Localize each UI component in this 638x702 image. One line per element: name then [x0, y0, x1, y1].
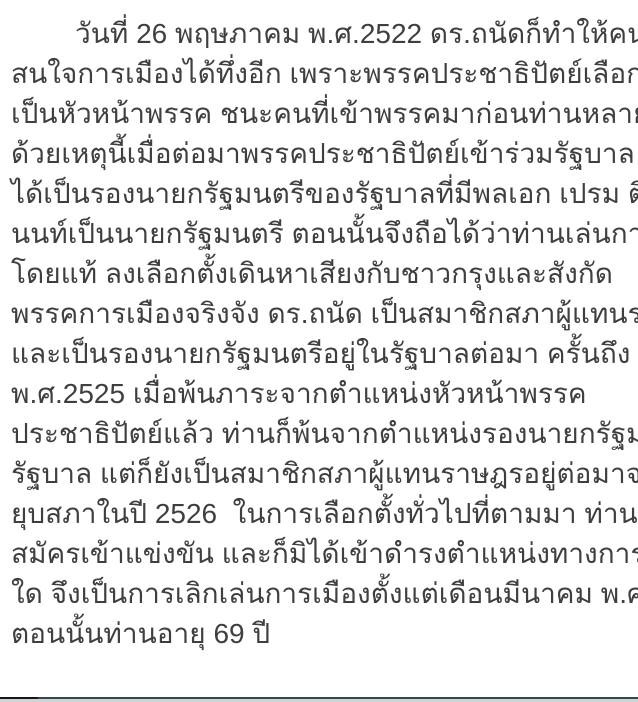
bottom-divider-left-segment — [0, 697, 38, 699]
text-line: ได้เป็นรองนายกรัฐมนตรีของรัฐบาลที่มีพลเอ… — [11, 174, 620, 214]
text-line: นนท์เป็นนายกรัฐมนตรี ตอนนั้นจึงถือได้ว่า… — [11, 214, 620, 254]
text-line: สนใจการเมืองได้ทึ่งอีก เพราะพรรคประชาธิป… — [11, 54, 620, 94]
text-line: ตอนนั้นท่านอายุ 69 ปี — [11, 614, 620, 654]
document-page: วันที่ 26 พฤษภาคม พ.ศ.2522 ดร.ถนัดก็ทำให… — [0, 0, 638, 702]
text-line: ประชาธิปัตย์แล้ว ท่านก็พ้นจากตำแหน่งรองน… — [11, 414, 620, 454]
paragraph: วันที่ 26 พฤษภาคม พ.ศ.2522 ดร.ถนัดก็ทำให… — [0, 0, 638, 654]
text-line: พรรคการเมืองจริงจัง ดร.ถนัด เป็นสมาชิกสภ… — [11, 294, 620, 334]
text-line: ใด จึงเป็นการเลิกเล่นการเมืองตั้งแต่เดือ… — [11, 574, 620, 614]
text-line: ด้วยเหตุนี้เมื่อต่อมาพรรคประชาธิปัตย์เข้… — [11, 134, 620, 174]
text-line: วันที่ 26 พฤษภาคม พ.ศ.2522 ดร.ถนัดก็ทำให… — [11, 14, 620, 54]
text-line: โดยแท้ ลงเลือกตั้งเดินหาเสียงกับชาวกรุงแ… — [11, 254, 620, 294]
text-line: สมัครเข้าแข่งขัน และก็มิได้เข้าดำรงตำแหน… — [11, 534, 620, 574]
text-line: เป็นหัวหน้าพรรค ชนะคนที่เข้าพรรคมาก่อนท่… — [11, 94, 620, 134]
text-line: และเป็นรองนายกรัฐมนตรีอยู่ในรัฐบาลต่อมา … — [11, 334, 620, 374]
bottom-divider — [0, 697, 638, 702]
text-line: ยุบสภาในปี 2526 ในการเลือกตั้งทั่วไปที่ต… — [11, 494, 620, 534]
text-line: รัฐบาล แต่ก็ยังเป็นสมาชิกสภาผู้แทนราษฎรอ… — [11, 454, 620, 494]
text-line: พ.ศ.2525 เมื่อพ้นภาระจากตำแหน่งหัวหน้าพร… — [11, 374, 620, 414]
